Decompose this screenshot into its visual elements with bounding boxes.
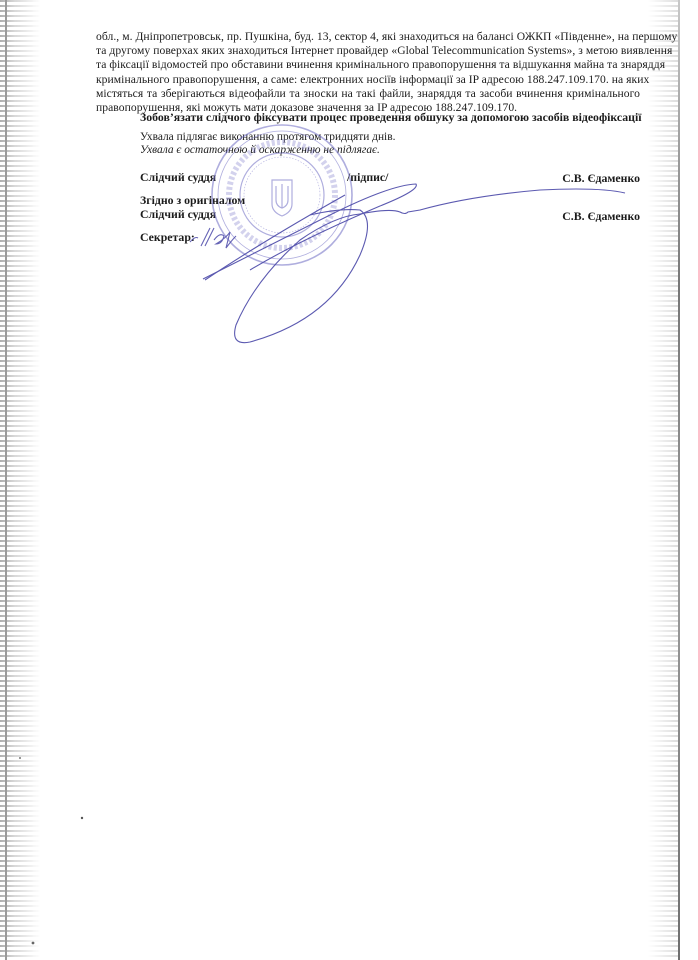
resolution-paragraph: обл., м. Дніпропетровськ, пр. Пушкіна, б… [96, 30, 640, 115]
paragraph-line: та другому поверхах яких знаходиться Інт… [96, 44, 640, 58]
scan-edge-right [678, 0, 680, 960]
judge-signature [203, 184, 625, 343]
scan-artifact-right [648, 0, 678, 960]
scan-speck [81, 817, 83, 819]
copy-certification-label: Згідно з оригіналом [140, 193, 245, 208]
paragraph-line: кримінального правопорушення, а саме: ел… [96, 73, 640, 87]
scan-edge-left [5, 0, 7, 960]
signature-mark: /підпис/ [347, 170, 388, 185]
copy-judge-name: С.В. Єдаменко [562, 209, 640, 224]
finality-note: Ухвала є остаточною й оскарженню не підл… [140, 144, 380, 156]
secretary-label: Секретар: [140, 230, 195, 245]
obligation-heading: Зобов’язати слідчого фіксувати процес пр… [140, 110, 642, 125]
judge-name: С.В. Єдаменко [562, 171, 640, 186]
trident-emblem-icon [272, 180, 292, 216]
paragraph-line: містяться та зберігаються відеофайли та … [96, 87, 640, 101]
paragraph-line: та фіксації відомостей про обставини вчи… [96, 58, 640, 72]
execution-note: Ухвала підлягає виконанню протягом тридц… [140, 131, 395, 143]
copy-judge-label: Слідчий суддя [140, 207, 216, 222]
judge-label: Слідчий суддя [140, 170, 216, 185]
secretary-signature [190, 228, 236, 248]
paragraph-line: обл., м. Дніпропетровськ, пр. Пушкіна, б… [96, 30, 640, 44]
